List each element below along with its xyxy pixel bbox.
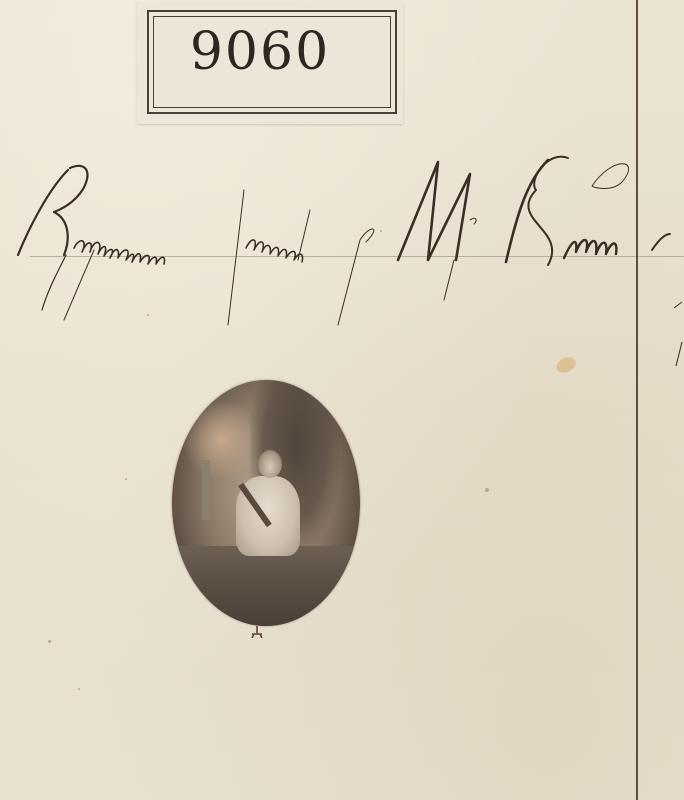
paper-speck [78,688,80,690]
paper-stain [554,354,578,375]
catalog-number: 9060 [137,22,403,82]
photo-ground [172,546,360,626]
mounting-pin-icon [250,626,264,638]
paper-speck [125,478,127,480]
paper-speck [485,488,489,492]
margin-marks [672,300,684,370]
album-page: 9060 Reproduction by order [0,0,684,800]
catalog-number-label: 9060 [137,2,403,124]
paper-speck [48,640,51,643]
oval-portrait-photograph [172,380,360,626]
margin-rule-line [636,0,638,800]
photo-fence-post [202,460,210,520]
photo-child-head [258,450,282,478]
